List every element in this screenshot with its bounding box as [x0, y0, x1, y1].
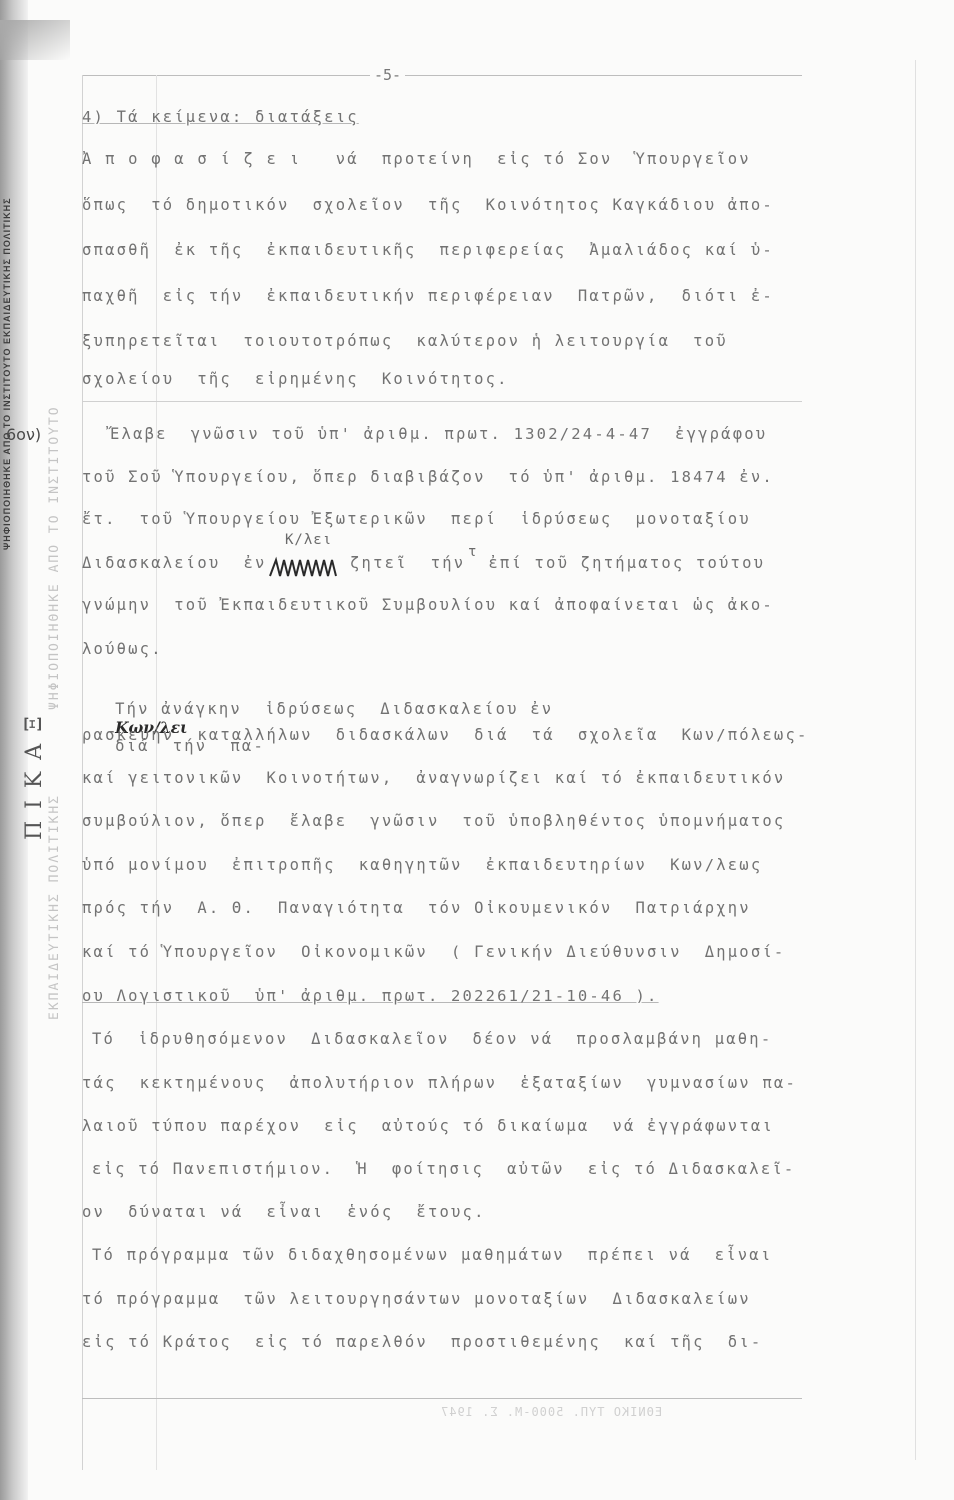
bottom-rule [82, 1398, 802, 1399]
typed-correction: Κ/λει [285, 532, 332, 548]
bleed-through-footer: ΕΘΝΙΚΟ ΤΥΠ. 5000-Μ. Σ. 1947 [440, 1405, 662, 1419]
text-line: λούθως. [82, 640, 163, 658]
struck-out-word [268, 556, 340, 580]
text-line: ρασκευήν καταλλήλων διδασκάλων διά τά σχ… [82, 726, 809, 744]
page-corner-shadow [0, 20, 70, 60]
text-line: Τό ἱδρυθησόμενον Διδασκαλεῖον δέον νά πρ… [92, 1030, 772, 1048]
text-line: τάς κεκτημένους ἀπολυτήριον πλήρων ἑξατα… [82, 1074, 797, 1092]
text-line: Διδασκαλείου ἐν [82, 554, 267, 572]
text-line: πρός τήν Α. Θ. Παναγιότητα τόν Οἰκουμενι… [82, 899, 751, 917]
text-line: Ἔλαβε γνῶσιν τοῦ ὑπ' ἀριθμ. πρωτ. 1302/2… [110, 425, 767, 443]
ghost-vertical-text: ΨΗΦΙΟΠΟΙΗΘΗΚΕ ΑΠΟ ΤΟ ΙΝΣΤΙΤΟΥΤΟ [47, 330, 63, 710]
text-line: ξυπηρετεῖται τοιουτοτρόπως καλύτερον ἡ λ… [82, 332, 728, 350]
text-line: καί τό Ὑπουργεῖον Οἰκονομικῶν ( Γενικήν … [82, 943, 785, 961]
text-line: ον δύναται νά εἶναι ἑνός ἔτους. [82, 1203, 486, 1221]
text-line: καί γειτονικῶν Κοινοτήτων, ἀναγνωρίζει κ… [82, 769, 785, 787]
text-line: συμβούλιον, ὅπερ ἔλαβε γνῶσιν τοῦ ὑποβλη… [82, 812, 785, 830]
text-line: σχολείου τῆς εἰρημένης Κοινότητος. [82, 370, 509, 388]
section-number-label: 6ον) [6, 425, 41, 444]
digitization-spine-text: ΨΗΦΙΟΠΟΙΗΘΗΚΕ ΑΠΟ ΤΟ ΙΝΣΤΙΤΟΥΤΟ ΕΚΠΑΙΔΕΥ… [2, 90, 16, 550]
text-line: Τήν ἀνάγκην ἱδρύσεως Διδασκαλείου ἐν Κων… [92, 682, 553, 755]
section-divider [82, 401, 802, 402]
text-line: εἰς τό Πανεπιστήμιον. Ἡ φοίτησις αὐτῶν ε… [92, 1160, 795, 1178]
text-line: ὅπως τό δημοτικόν σχολεῖον τῆς Κοινότητο… [82, 196, 774, 214]
text-line: Ἀ π ο φ α σ ί ζ ε ι νά προτείνη εἰς τό Σ… [82, 150, 751, 168]
text-line: τό πρόγραμμα τῶν λειτουργησάντων μονοταξ… [82, 1290, 751, 1308]
text-line: τοῦ Σοῦ Ὑπουργείου, ὅπερ διαβιβάζον τό ὑ… [82, 468, 774, 486]
text-line: παχθῆ εἰς τήν ἐκπαιδευτικήν περιφέρειαν … [82, 287, 774, 305]
text-line: ζητεῖ τήν ἐπί τοῦ ζητήματος τούτου [350, 554, 765, 572]
top-rule [82, 75, 802, 76]
text-line: λαιοῦ τύπου παρέχον εἰς αὐτούς τό δικαίω… [82, 1117, 774, 1135]
right-edge-rule [915, 60, 916, 1460]
text-line: γνώμην τοῦ Ἐκπαιδευτικοῦ Συμβουλίου καί … [82, 596, 774, 614]
ghost-vertical-text: ΕΚΠΑΙΔΕΥΤΙΚΗΣ ΠΟΛΙΤΙΚΗΣ [47, 720, 63, 1020]
text-line: ἔτ. τοῦ Ὑπουργείου Ἐξωτερικῶν περί ἱδρύσ… [82, 510, 751, 528]
page-number: -5- [370, 66, 405, 84]
text-line: σπασθῆ ἐκ τῆς ἐκπαιδευτικῆς περιφερείας … [82, 241, 774, 259]
section-heading: 4) Τά κείμενα: διατάξεις [82, 108, 359, 126]
text-line: ου Λογιστικοῦ ὑπ' ἀριθμ. πρωτ. 202261/21… [82, 987, 659, 1005]
text-line: Τό πρόγραμμα τῶν διδαχθησομένων μαθημάτω… [92, 1246, 772, 1264]
text-line: ὑπό μονίμου ἐπιτροπῆς καθηγητῶν ἐκπαιδευ… [82, 856, 762, 874]
text-line: εἰς τό Κράτος εἰς τό παρελθόν προστιθεμέ… [82, 1333, 762, 1351]
text-segment: Τήν ἀνάγκην ἱδρύσεως Διδασκαλείου ἐν [115, 700, 553, 718]
